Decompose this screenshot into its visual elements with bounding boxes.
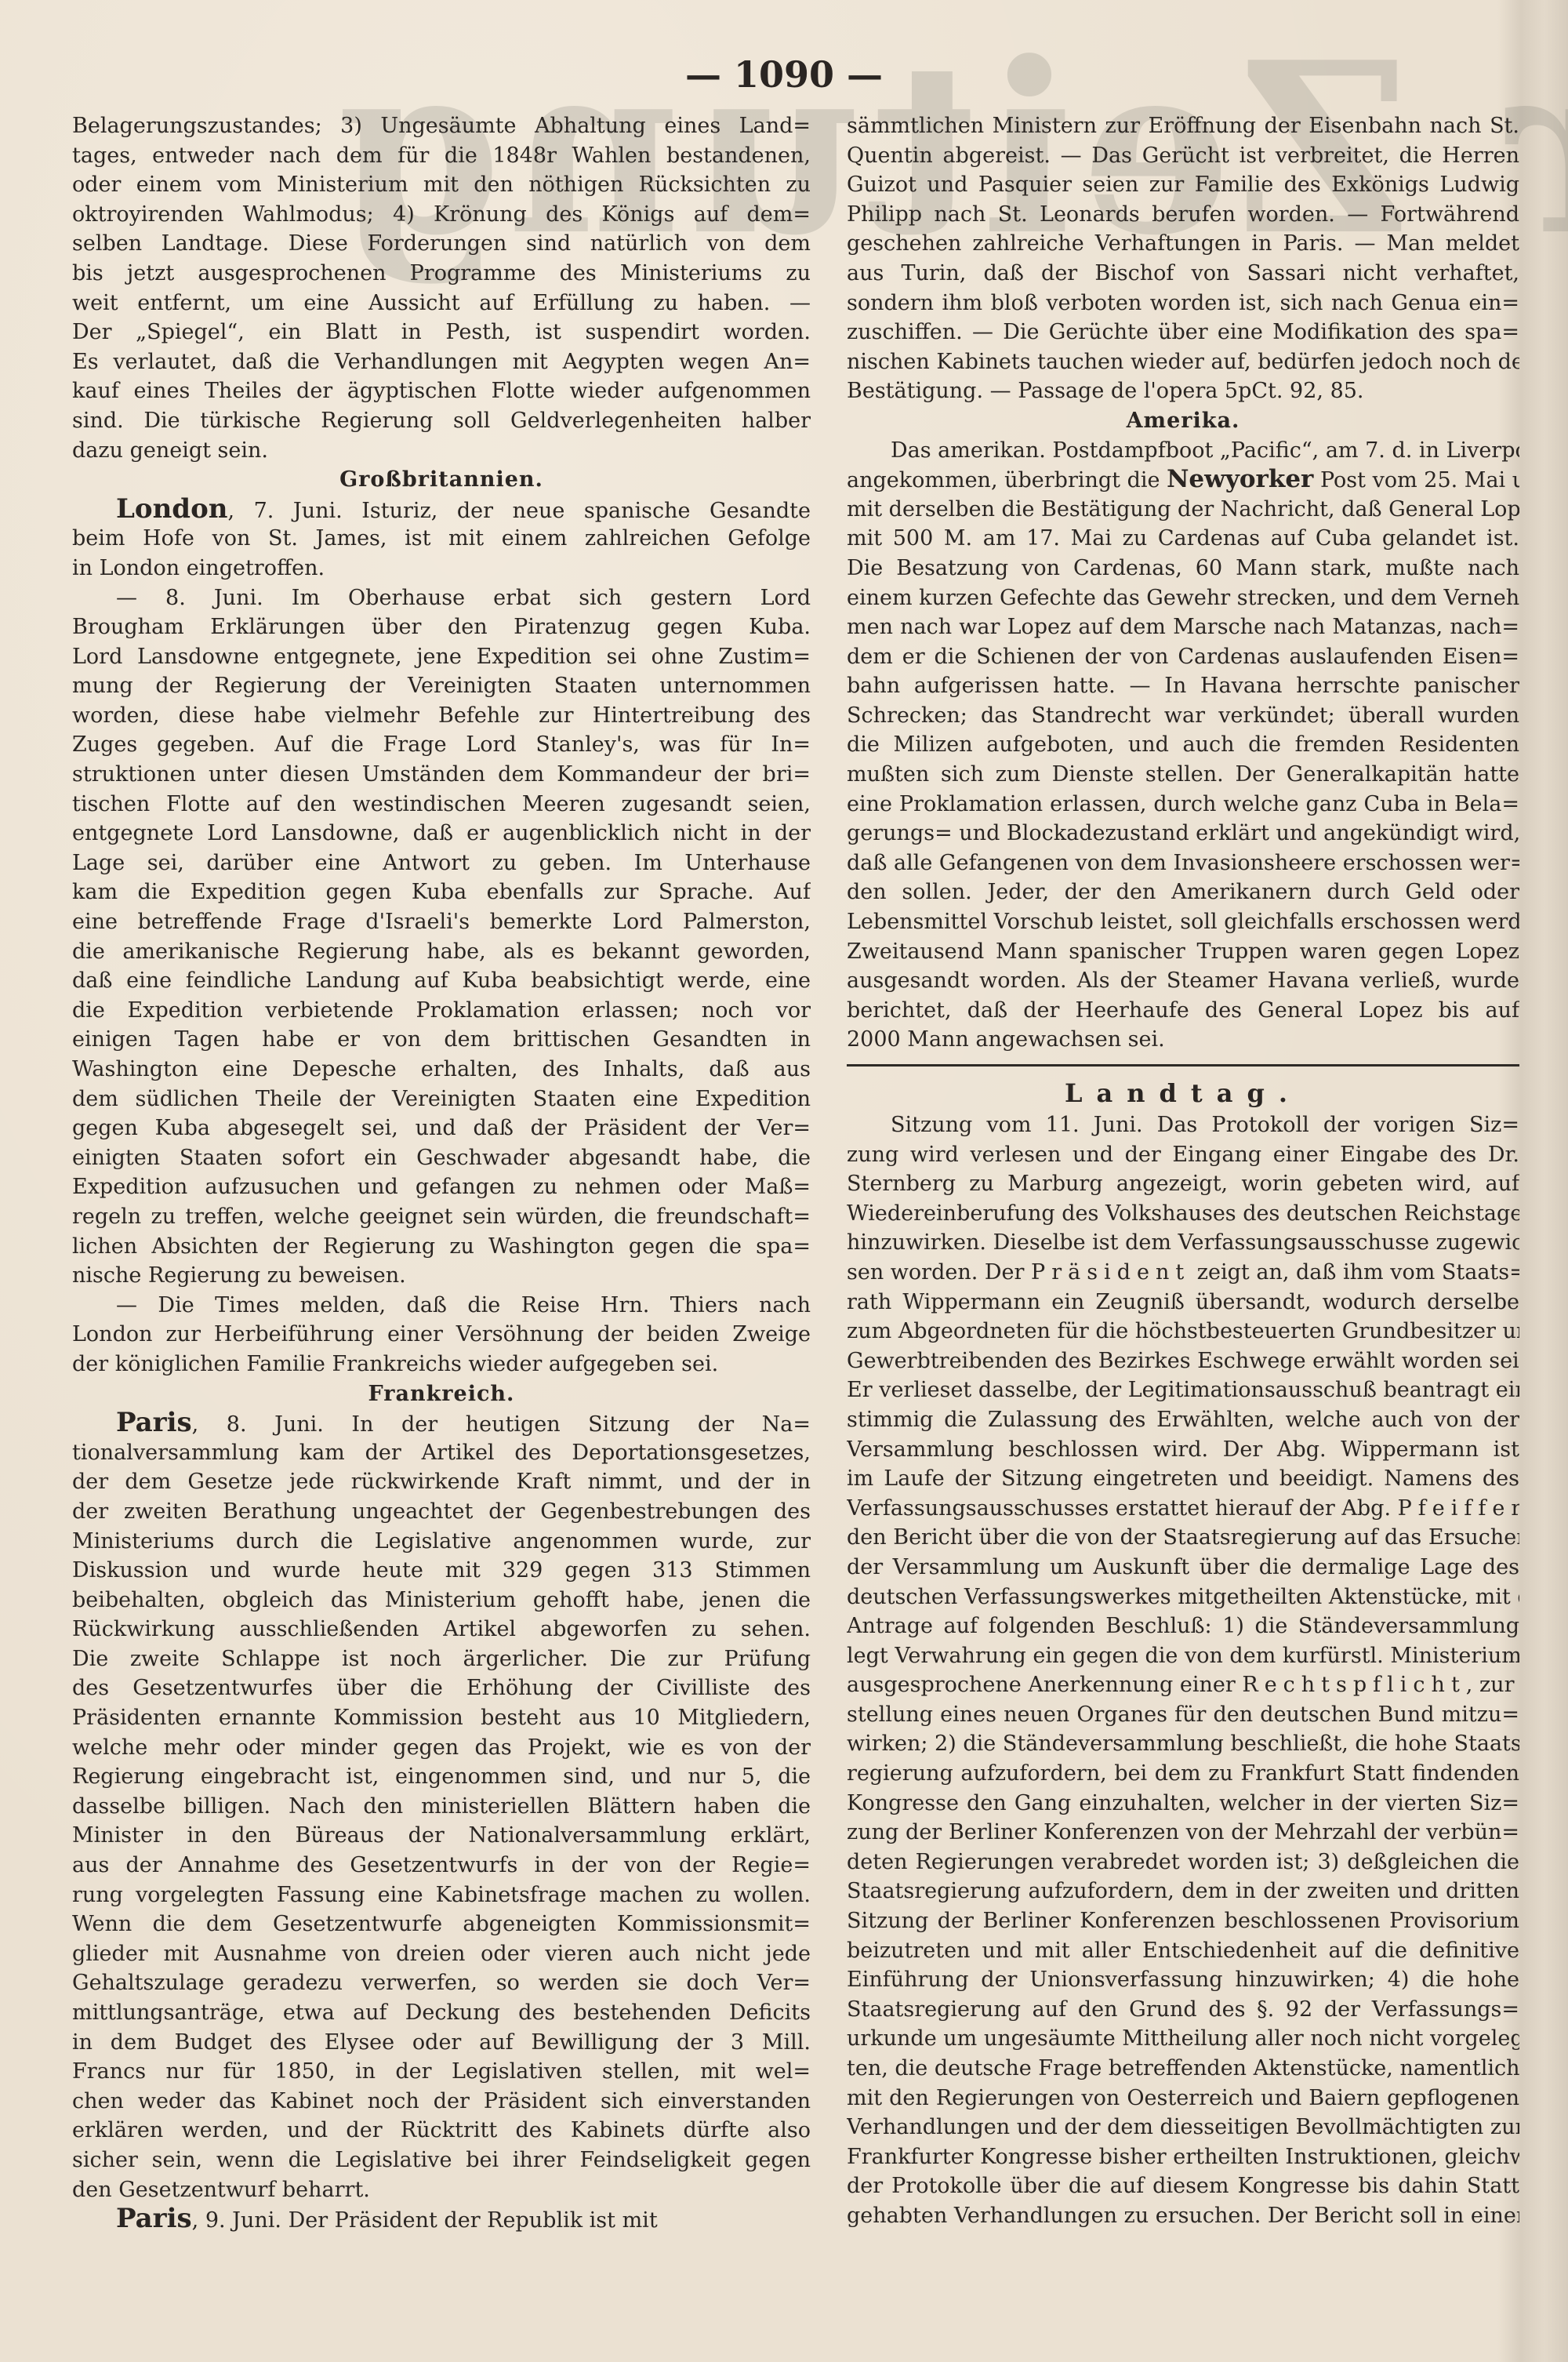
text-line: mung der Regierung der Vereinigten Staat…: [72, 671, 811, 701]
text-line: Kongresse den Gang einzuhalten, welcher …: [847, 1789, 1519, 1819]
text-line: lichen Absichten der Regierung zu Washin…: [72, 1232, 811, 1262]
text-line: tischen Flotte auf den westindischen Mee…: [72, 790, 811, 819]
text-line: nischen Kabinets tauchen wieder auf, bed…: [847, 347, 1519, 377]
text-line: ten, die deutsche Frage betreffenden Akt…: [847, 2054, 1519, 2084]
landtag-lines-d: stellung eines neuen Organes für den deu…: [847, 1700, 1519, 2231]
dateline-date: , 8. Juni.: [192, 1412, 324, 1437]
text-line: — 8. Juni. Im Oberhause erbat sich geste…: [72, 583, 811, 613]
text: angekommen, überbringt die: [847, 468, 1167, 492]
text-line: sind. Die türkische Regierung soll Geldv…: [72, 406, 811, 436]
text-line: sämmtlichen Ministern zur Eröffnung der …: [847, 111, 1519, 141]
text-line: regierung aufzufordern, bei dem zu Frank…: [847, 1759, 1519, 1789]
dateline-place: Paris: [116, 1408, 192, 1438]
text-line: Er verlieset dasselbe, der Legitimations…: [847, 1375, 1519, 1405]
text-line: tages, entweder nach dem für die 1848r W…: [72, 141, 811, 171]
text-line: Brougham Erklärungen über den Piratenzug…: [72, 612, 811, 642]
text-line: mit den Regierungen von Oesterreich und …: [847, 2084, 1519, 2113]
left-intro-paragraph: Belagerungszustandes; 3) Ungesäumte Abha…: [72, 111, 811, 465]
text-line: ausgesandt worden. Als der Steamer Havan…: [847, 966, 1519, 996]
text-line: Es verlautet, daß die Verhandlungen mit …: [72, 347, 811, 377]
text-line: Zweitausend Mann spanischer Truppen ware…: [847, 937, 1519, 967]
text-line: zuschiffen. — Die Gerüchte über eine Mod…: [847, 318, 1519, 347]
section-heading-amerika: Amerika.: [847, 406, 1519, 436]
text-line: entgegnete Lord Lansdowne, daß er augenb…: [72, 819, 811, 849]
text-line: oder einem vom Ministerium mit den nöthi…: [72, 170, 811, 200]
text-line: Wenn die dem Gesetzentwurfe abgeneigten …: [72, 1910, 811, 1939]
text-line: Lage sei, darüber eine Antwort zu geben.…: [72, 849, 811, 878]
text-line: Ministeriums durch die Legislative angen…: [72, 1527, 811, 1557]
text-line: einigen Tagen habe er von dem brittische…: [72, 1025, 811, 1055]
text-line: beizutreten und mit aller Entschiedenhei…: [847, 1936, 1519, 1966]
text-line: beibehalten, obgleich das Ministerium ge…: [72, 1586, 811, 1615]
text-line: regeln zu treffen, welche geeignet sein …: [72, 1202, 811, 1232]
text-line: kauf eines Theiles der ägyptischen Flott…: [72, 376, 811, 406]
text-line: der zweiten Berathung ungeachtet der Geg…: [72, 1497, 811, 1527]
text-line: dem südlichen Theile der Vereinigten Sta…: [72, 1085, 811, 1114]
text-line: Die Besatzung von Cardenas, 60 Mann star…: [847, 554, 1519, 583]
text-line: des Gesetzentwurfes über die Erhöhung de…: [72, 1673, 811, 1703]
section-heading-grossbritannien: Großbritannien.: [72, 465, 811, 495]
text: ausgesprochene Anerkennung einer: [847, 1673, 1242, 1697]
text-line: Der „Spiegel“, ein Blatt in Pesth, ist s…: [72, 318, 811, 347]
text-line: stellung eines neuen Organes für den deu…: [847, 1700, 1519, 1730]
text-line: bahn aufgerissen hatte. — In Havana herr…: [847, 671, 1519, 701]
landtag-praesident-line: sen worden. Der Präsident zeigt an, daß …: [847, 1258, 1519, 1288]
text: Der: [978, 1260, 1031, 1285]
text-line: berichtet, daß der Heerhaufe des General…: [847, 996, 1519, 1026]
text-line: Quentin abgereist. — Das Gerücht ist ver…: [847, 141, 1519, 171]
newyorker-bold: Newyorker: [1167, 465, 1313, 493]
text-line: Frankfurter Kongresse bisher ertheilten …: [847, 2142, 1519, 2172]
text-line: sondern ihm bloß verboten worden ist, si…: [847, 289, 1519, 318]
text-line: nische Regierung zu beweisen.: [72, 1261, 811, 1291]
text-line: Sitzung der Berliner Konferenzen beschlo…: [847, 1906, 1519, 1936]
text-line: in London eingetroffen.: [72, 554, 811, 583]
amerika-second-line: angekommen, überbringt die Newyorker Pos…: [847, 465, 1519, 495]
text-line: den Bericht über die von der Staatsregie…: [847, 1523, 1519, 1553]
text-line: selben Landtage. Diese Forderungen sind …: [72, 229, 811, 259]
right-intro-paragraph: sämmtlichen Ministern zur Eröffnung der …: [847, 111, 1519, 406]
text-line: daß eine feindliche Landung auf Kuba bea…: [72, 966, 811, 996]
text-line: dem er die Schienen der von Cardenas aus…: [847, 642, 1519, 672]
text-line: Bestätigung. — Passage de l'opera 5pCt. …: [847, 376, 1519, 406]
text-line: Lebensmittel Vorschub leistet, soll glei…: [847, 907, 1519, 937]
text-line: Guizot und Pasquier seien zur Familie de…: [847, 170, 1519, 200]
dateline-place: London: [116, 495, 227, 525]
text-line: Antrage auf folgenden Beschluß: 1) die S…: [847, 1612, 1519, 1641]
text-line: London zur Herbeiführung einer Versöhnun…: [72, 1320, 811, 1350]
text-line: 2000 Mann angewachsen sei.: [847, 1025, 1519, 1055]
amerika-first-line: Das amerikan. Postdampfboot „Pacific“, a…: [847, 436, 1519, 466]
text-line: Regierung eingebracht ist, eingenommen s…: [72, 1762, 811, 1792]
dateline-rest: Der Präsident der Republik ist mit: [281, 2208, 658, 2233]
text-line: men nach war Lopez auf dem Marsche nach …: [847, 612, 1519, 642]
text-line: wirken; 2) die Ständeversammlung beschli…: [847, 1729, 1519, 1759]
text-line: Rückwirkung ausschließenden Artikel abge…: [72, 1615, 811, 1644]
text-line: dasselbe billigen. Nach den ministeriell…: [72, 1792, 811, 1822]
text-line: in dem Budget des Elysee oder auf Bewill…: [72, 2028, 811, 2058]
text-line: eine Proklamation erlassen, durch welche…: [847, 790, 1519, 819]
text-line: chen weder das Kabinet noch der Präsiden…: [72, 2087, 811, 2117]
text-line: sicher sein, wenn die Legislative bei ih…: [72, 2146, 811, 2175]
text-line: die Milizen aufgeboten, und auch die fre…: [847, 730, 1519, 760]
text-line: mit derselben die Bestätigung der Nachri…: [847, 495, 1519, 525]
dateline-date: , 9. Juni.: [192, 2208, 281, 2233]
text: Verfassungsausschusses erstattet hierauf…: [847, 1496, 1398, 1521]
text-line: stimmig die Zulassung des Erwählten, wel…: [847, 1405, 1519, 1435]
text-line: legt Verwahrung ein gegen die von dem ku…: [847, 1641, 1519, 1671]
text-line: Belagerungszustandes; 3) Ungesäumte Abha…: [72, 111, 811, 141]
text-line: urkunde um ungesäumte Mittheilung aller …: [847, 2024, 1519, 2054]
dateline-rest: Isturiz, der neue spanische Gesandte: [343, 499, 811, 523]
text-line: mußten sich zum Dienste stellen. Der Gen…: [847, 760, 1519, 790]
text-line: zung wird verlesen und der Eingang einer…: [847, 1140, 1519, 1170]
text-line: Verhandlungen und der dem diesseitigen B…: [847, 2113, 1519, 2142]
dateline-place: Paris: [116, 2204, 192, 2234]
text-line: dazu geneigt sein.: [72, 436, 811, 466]
text-line: den Gesetzentwurf beharrt.: [72, 2175, 811, 2205]
text: , zur Her=: [1466, 1673, 1519, 1697]
text-line: tionalversammlung kam der Artikel des De…: [72, 1438, 811, 1468]
text-line: oktroyirenden Wahlmodus; 4) Krönung des …: [72, 200, 811, 230]
text-line: Präsidenten ernannte Kommission besteht …: [72, 1703, 811, 1733]
landtag-lines-a: zung wird verlesen und der Eingang einer…: [847, 1140, 1519, 1258]
right-column: sämmtlichen Ministern zur Eröffnung der …: [847, 111, 1519, 2231]
text-line: die Expedition verbietende Proklamation …: [72, 996, 811, 1026]
text: sen worden.: [847, 1260, 978, 1285]
text-line: mit 500 M. am 17. Mai zu Cardenas auf Cu…: [847, 524, 1519, 554]
text-line: hinzuwirken. Dieselbe ist dem Verfassung…: [847, 1228, 1519, 1258]
text-line: die amerikanische Regierung habe, als es…: [72, 937, 811, 967]
text-line: eine betreffende Frage d'Israeli's bemer…: [72, 907, 811, 937]
dateline-date: , 7. Juni.: [227, 499, 342, 523]
text-line: Lord Lansdowne entgegnete, jene Expediti…: [72, 642, 811, 672]
praesident-spaced: Präsident: [1031, 1260, 1190, 1285]
text-line: Washington eine Depesche erhalten, des I…: [72, 1055, 811, 1085]
text: zeigt an, daß ihm vom Staats=: [1190, 1260, 1519, 1285]
dateline-paris-9: Paris, 9. Juni. Der Präsident der Republ…: [72, 2204, 811, 2234]
text-line: beim Hofe von St. James, ist mit einem z…: [72, 524, 811, 554]
text-line: Minister in den Büreaus der Nationalvers…: [72, 1821, 811, 1851]
text-line: Versammlung beschlossen wird. Der Abg. W…: [847, 1435, 1519, 1465]
text-line: rath Wippermann ein Zeugniß übersandt, w…: [847, 1288, 1519, 1317]
text-line: erklären werden, und der Rücktritt des K…: [72, 2116, 811, 2146]
text-line: geschehen zahlreiche Verhaftungen in Par…: [847, 229, 1519, 259]
text-line: deten Regierungen verabredet worden ist;…: [847, 1848, 1519, 1877]
text-line: Einführung der Unionsverfassung hinzuwir…: [847, 1965, 1519, 1995]
text-line: glieder mit Ausnahme von dreien oder vie…: [72, 1939, 811, 1969]
grossbritannien-article: beim Hofe von St. James, ist mit einem z…: [72, 524, 811, 1379]
dateline-london: London, 7. Juni. Isturiz, der neue spani…: [72, 495, 811, 525]
text-line: aus der Annahme des Gesetzentwurfs in de…: [72, 1851, 811, 1881]
text-line: einem kurzen Gefechte das Gewehr strecke…: [847, 583, 1519, 613]
text-line: Staatsregierung aufzufordern, dem in der…: [847, 1877, 1519, 1906]
section-divider-rule: [847, 1064, 1519, 1067]
text-line: worden, diese habe vielmehr Befehle zur …: [72, 701, 811, 731]
text-line: aus Turin, daß der Bischof von Sassari n…: [847, 259, 1519, 289]
landtag-first-line: Sitzung vom 11. Juni. Das Protokoll der …: [847, 1110, 1519, 1140]
text-line: einigten Staaten sofort ein Geschwader a…: [72, 1143, 811, 1173]
dateline-paris-8: Paris, 8. Juni. In der heutigen Sitzung …: [72, 1408, 811, 1438]
text-line: Schrecken; das Standrecht war verkündet;…: [847, 701, 1519, 731]
frankreich-article: tionalversammlung kam der Artikel des De…: [72, 1438, 811, 2204]
pfeiffer-spaced: Pfeiffer: [1398, 1496, 1519, 1521]
text: Post vom 25. Mai und: [1313, 468, 1519, 492]
text-line: der Protokolle über die auf diesem Kongr…: [847, 2171, 1519, 2201]
text-line: Philipp nach St. Leonards berufen worden…: [847, 200, 1519, 230]
section-heading-landtag: Landtag.: [847, 1071, 1519, 1110]
text-line: der dem Gesetze jede rückwirkende Kraft …: [72, 1467, 811, 1497]
text-line: Gehaltszulage geradezu verwerfen, so wer…: [72, 1968, 811, 1998]
landtag-pfeiffer-line: Verfassungsausschusses erstattet hierauf…: [847, 1494, 1519, 1524]
text-line: — Die Times melden, daß die Reise Hrn. T…: [72, 1291, 811, 1321]
text-line: Diskussion und wurde heute mit 329 gegen…: [72, 1556, 811, 1586]
text-line: Die zweite Schlappe ist noch ärgerlicher…: [72, 1644, 811, 1674]
amerika-article: mit derselben die Bestätigung der Nachri…: [847, 495, 1519, 1055]
text-line: Francs nur für 1850, in der Legislativen…: [72, 2057, 811, 2087]
text-line: bis jetzt ausgesprochenen Programme des …: [72, 259, 811, 289]
page-number: — 1090 —: [0, 53, 1568, 96]
text-line: Expedition aufzusuchen und gefangen zu n…: [72, 1172, 811, 1202]
text-line: zung der Berliner Konferenzen von der Me…: [847, 1818, 1519, 1848]
text-line: daß alle Gefangenen von dem Invasionshee…: [847, 849, 1519, 878]
text-line: mittlungsanträge, etwa auf Deckung des b…: [72, 1998, 811, 2028]
text-line: im Laufe der Sitzung eingetreten und bee…: [847, 1464, 1519, 1494]
text-line: Gewerbtreibenden des Bezirkes Eschwege e…: [847, 1346, 1519, 1376]
text-line: gehabten Verhandlungen zu ersuchen. Der …: [847, 2201, 1519, 2231]
text-line: rung vorgelegten Fassung eine Kabinetsfr…: [72, 1881, 811, 1910]
text-line: deutschen Verfassungswerkes mitgetheilte…: [847, 1583, 1519, 1612]
text-line: welche mehr oder minder gegen das Projek…: [72, 1733, 811, 1763]
text-line: Sternberg zu Marburg angezeigt, worin ge…: [847, 1169, 1519, 1199]
text-line: der Versammlung um Auskunft über die der…: [847, 1553, 1519, 1583]
text-line: der königlichen Familie Frankreichs wied…: [72, 1350, 811, 1379]
landtag-lines-b: rath Wippermann ein Zeugniß übersandt, w…: [847, 1288, 1519, 1494]
dateline-rest: In der heutigen Sitzung der Na=: [324, 1412, 811, 1437]
landtag-rechtspflicht-line: ausgesprochene Anerkennung einer Rechtsp…: [847, 1670, 1519, 1700]
text-line: Wiedereinberufung des Volkshauses des de…: [847, 1199, 1519, 1229]
landtag-lines-c: den Bericht über die von der Staatsregie…: [847, 1523, 1519, 1670]
text-line: Staatsregierung auf den Grund des §. 92 …: [847, 1995, 1519, 2025]
text-line: Zuges gegeben. Auf die Frage Lord Stanle…: [72, 730, 811, 760]
text-line: kam die Expedition gegen Kuba ebenfalls …: [72, 878, 811, 907]
text-line: struktionen unter diesen Umständen dem K…: [72, 760, 811, 790]
section-heading-frankreich: Frankreich.: [72, 1379, 811, 1409]
text-line: weit entfernt, um eine Aussicht auf Erfü…: [72, 289, 811, 318]
text-line: gegen Kuba abgesegelt sei, und daß der P…: [72, 1114, 811, 1143]
left-column: Belagerungszustandes; 3) Ungesäumte Abha…: [72, 111, 811, 2234]
text-line: gerungs= und Blockadezustand erklärt und…: [847, 819, 1519, 849]
rechtspflicht-spaced: Rechtspflicht: [1242, 1673, 1465, 1697]
text-line: zum Abgeordneten für die höchstbesteuert…: [847, 1317, 1519, 1346]
text-line: den sollen. Jeder, der den Amerikanern d…: [847, 878, 1519, 907]
